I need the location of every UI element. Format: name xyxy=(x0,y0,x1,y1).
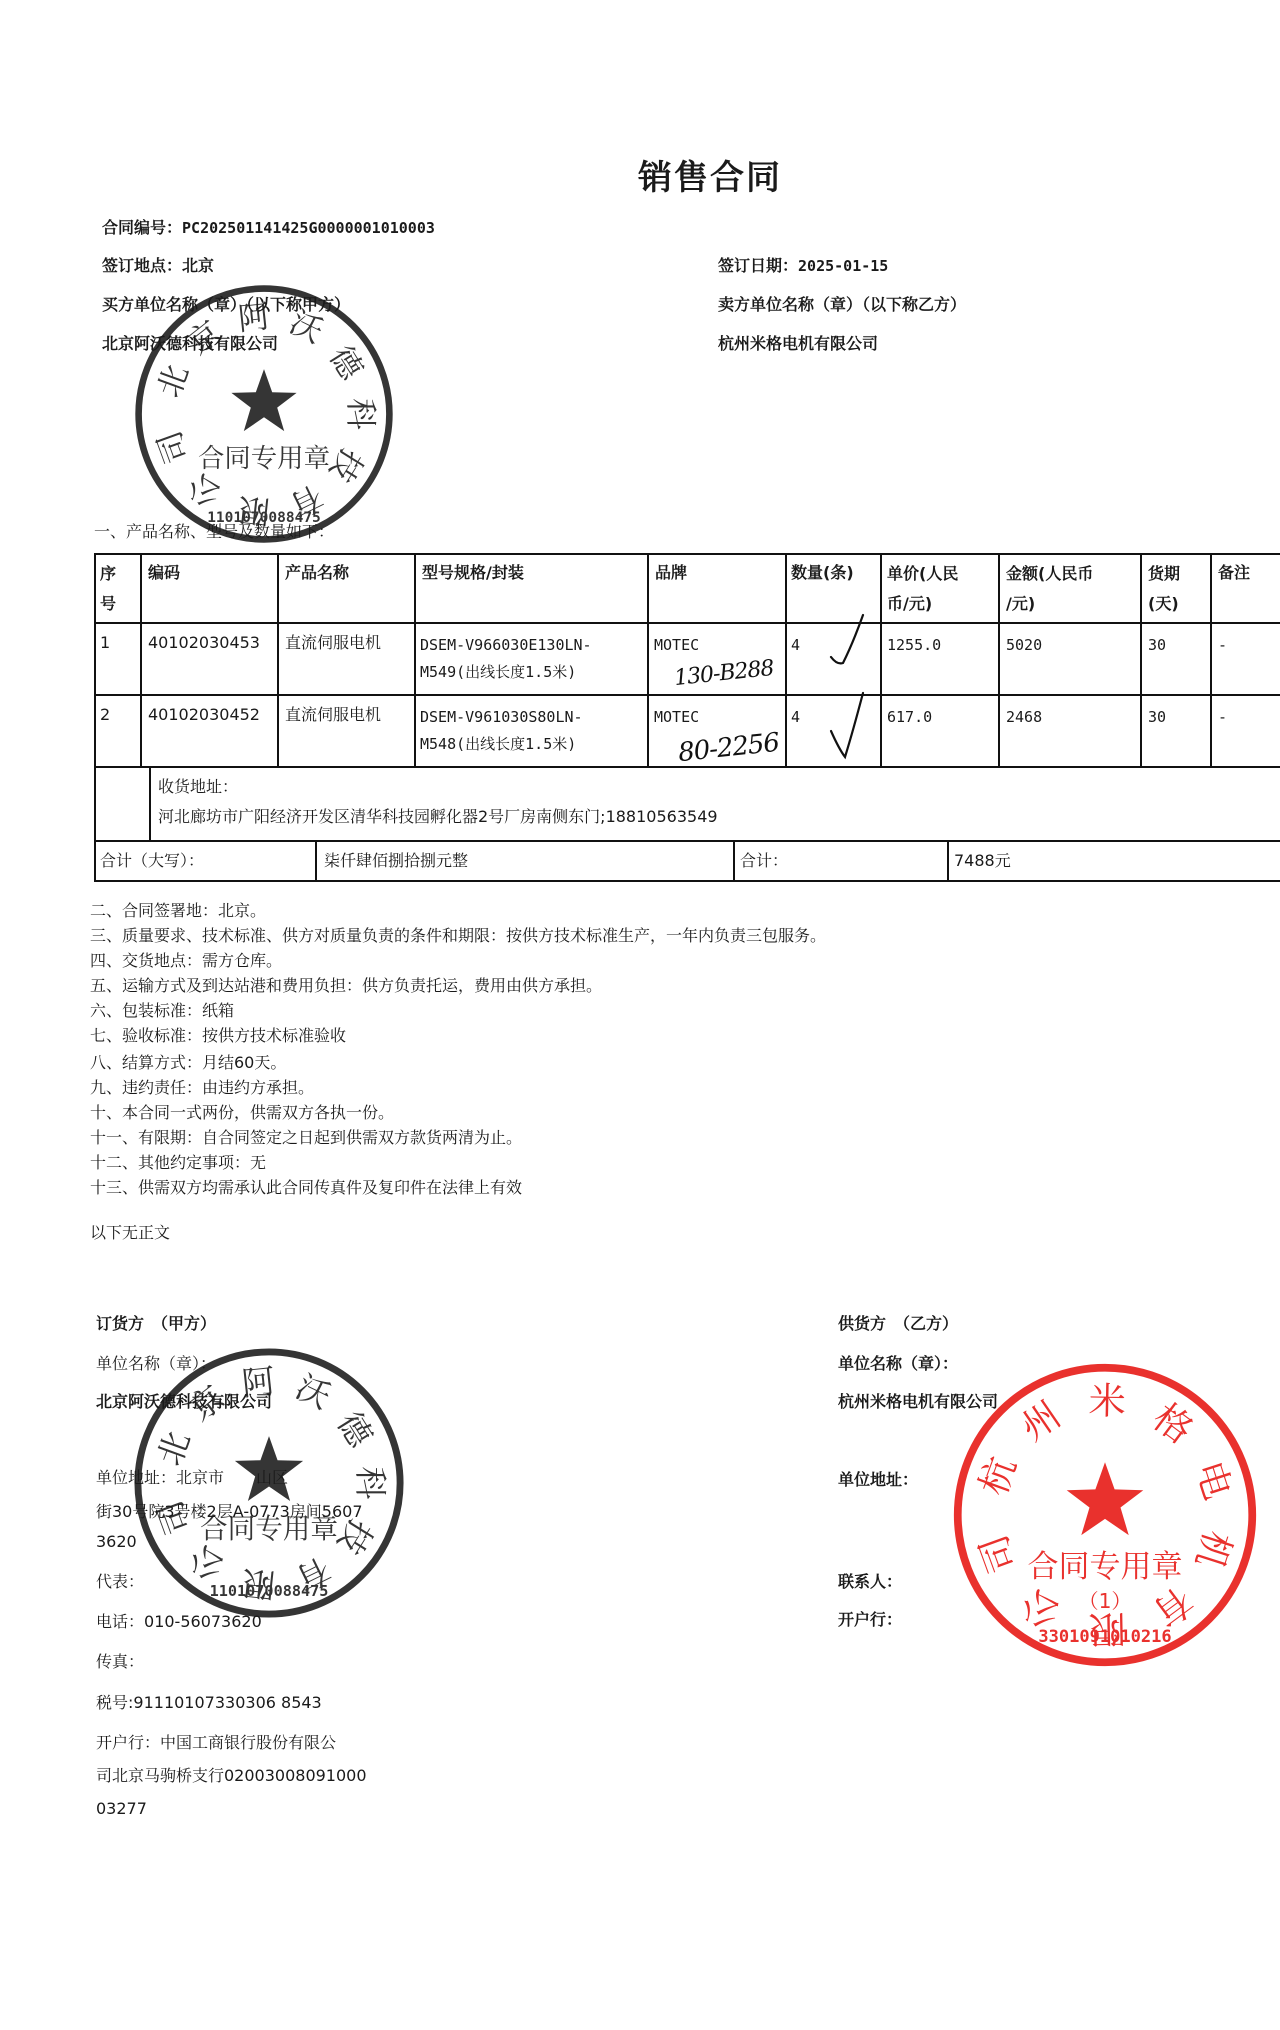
header-unit-price-line2: 币/元) xyxy=(887,589,958,619)
end-note: 以下无正文 xyxy=(90,1220,170,1245)
party-a-bank-line2: 司北京马驹桥支行02003008091000 xyxy=(96,1766,367,1786)
row-product-name: 直流伺服电机 xyxy=(285,629,381,657)
party-a-tax-label: 税号: xyxy=(96,1693,133,1712)
clause: 十、本合同一式两份，供需双方各执一份。 xyxy=(90,1100,394,1125)
seller-label: 卖方单位名称（章）（以下称乙方） xyxy=(718,295,966,315)
svg-text:（1）: （1） xyxy=(1078,1589,1131,1613)
row-no: 1 xyxy=(100,629,110,657)
header-amount: 金额(人民币 /元) xyxy=(1006,559,1093,619)
row-amount: 2468 xyxy=(1006,703,1042,731)
clause: 二、合同签署地：北京。 xyxy=(90,898,266,923)
row-code: 40102030453 xyxy=(148,629,260,657)
clause: 七、验收标准：按供方技术标准验收 xyxy=(90,1023,346,1048)
svg-text:科: 科 xyxy=(342,398,378,430)
row-unit-price: 617.0 xyxy=(887,703,932,731)
buyer-stamp-bottom: 北京阿沃德科技有限公司合同专用章1101070088475 xyxy=(131,1345,407,1621)
party-b-unit-label: 单位名称（章）： xyxy=(838,1354,958,1374)
document-title: 销售合同 xyxy=(638,150,782,199)
svg-text:阿: 阿 xyxy=(236,299,271,338)
svg-text:司: 司 xyxy=(151,426,196,468)
party-b-heading: 供货方 （乙方） xyxy=(838,1314,958,1334)
clause: 八、结算方式：月结60天。 xyxy=(90,1050,286,1075)
sign-date-label: 签订日期： xyxy=(718,256,798,275)
sign-place: 签订地点：北京 xyxy=(102,256,214,276)
header-product-name: 产品名称 xyxy=(285,559,349,587)
sign-place-label: 签订地点： xyxy=(102,256,182,275)
header-no: 序 号 xyxy=(100,559,116,619)
seller-stamp: 杭州米格电机有限公司合同专用章（1）3301091010216 xyxy=(950,1360,1260,1670)
total-words: 柒仟肆佰捌拾捌元整 xyxy=(324,847,468,875)
row-remark: - xyxy=(1218,703,1227,731)
total-label: 合计： xyxy=(740,847,788,875)
contract-number-value: PC202501141425G0000001010003 xyxy=(182,219,435,237)
seller-name: 杭州米格电机有限公司 xyxy=(718,334,878,354)
buyer-stamp-top: 北京阿沃德科技有限公司合同专用章1101070088475 xyxy=(132,282,396,546)
sign-date-value: 2025-01-15 xyxy=(798,257,888,275)
header-brand: 品牌 xyxy=(655,559,687,587)
row-remark: - xyxy=(1218,631,1227,659)
handwritten-note: 130-B288 xyxy=(673,656,775,691)
party-a-heading: 订货方 （甲方） xyxy=(96,1314,216,1334)
svg-text:北: 北 xyxy=(150,1426,198,1470)
svg-text:电: 电 xyxy=(1187,1456,1240,1505)
row-qty: 4 xyxy=(791,631,800,659)
sign-place-value: 北京 xyxy=(182,256,214,275)
row-no: 2 xyxy=(100,701,110,729)
header-code: 编码 xyxy=(148,559,180,587)
sign-date: 签订日期：2025-01-15 xyxy=(718,256,888,276)
svg-text:格: 格 xyxy=(1145,1395,1201,1453)
svg-text:德: 德 xyxy=(330,1405,381,1455)
header-no-line1: 序 xyxy=(100,559,116,589)
total-value: 7488元 xyxy=(954,847,1011,875)
clause: 四、交货地点：需方仓库。 xyxy=(90,948,282,973)
header-no-line2: 号 xyxy=(100,589,116,619)
party-b-address-label: 单位地址： xyxy=(838,1470,918,1490)
row-model-line1: DSEM-V966030E130LN- xyxy=(420,631,592,659)
total-words-label: 合计（大写）： xyxy=(100,847,204,875)
row-brand: MOTEC xyxy=(654,703,699,731)
header-lead-time: 货期 (天) xyxy=(1148,559,1180,619)
svg-text:州: 州 xyxy=(1013,1392,1069,1449)
party-b-bank-label: 开户行： xyxy=(838,1610,902,1630)
contract-number-label: 合同编号： xyxy=(102,218,182,237)
svg-text:1101070088475: 1101070088475 xyxy=(207,510,321,526)
row-model-line2: M548(出线长度1.5米) xyxy=(420,730,576,758)
header-amount-line1: 金额(人民币 xyxy=(1006,559,1093,589)
clause: 九、违约责任：由违约方承担。 xyxy=(90,1075,314,1100)
svg-text:合同专用章: 合同专用章 xyxy=(200,1512,338,1545)
checkmark-icon xyxy=(829,613,865,673)
clause: 十二、其他约定事项：无 xyxy=(90,1150,266,1175)
svg-text:沃: 沃 xyxy=(284,305,328,351)
svg-text:司: 司 xyxy=(150,1495,198,1539)
svg-text:司: 司 xyxy=(971,1529,1025,1579)
svg-text:阿: 阿 xyxy=(240,1361,277,1403)
header-qty: 数量(条) xyxy=(791,559,854,587)
svg-text:1101070088475: 1101070088475 xyxy=(210,1582,329,1600)
party-a-tax: 税号:91110107330306 8543 xyxy=(96,1693,322,1713)
row-lead-time: 30 xyxy=(1148,703,1166,731)
clause: 六、包装标准：纸箱 xyxy=(90,998,234,1023)
clause: 十三、供需双方均需承认此合同传真件及复印件在法律上有效 xyxy=(90,1175,522,1200)
row-code: 40102030452 xyxy=(148,701,260,729)
header-lead-time-line2: (天) xyxy=(1148,589,1180,619)
svg-text:科: 科 xyxy=(351,1466,390,1499)
contract-number: 合同编号：PC202501141425G0000001010003 xyxy=(102,218,435,238)
header-amount-line2: /元) xyxy=(1006,589,1093,619)
party-a-bank-label: 开户行： xyxy=(96,1733,160,1752)
row-qty: 4 xyxy=(791,703,800,731)
svg-text:京: 京 xyxy=(181,314,228,362)
header-model: 型号规格/封装 xyxy=(422,559,524,587)
svg-text:机: 机 xyxy=(1187,1525,1240,1574)
party-a-bank-line1: 中国工商银行股份有限公 xyxy=(160,1733,336,1752)
svg-text:合同专用章: 合同专用章 xyxy=(198,443,330,474)
row-model-line2: M549(出线长度1.5米) xyxy=(420,658,576,686)
party-b-contact-label: 联系人： xyxy=(838,1572,902,1592)
row-model-line1: DSEM-V961030S80LN- xyxy=(420,703,583,731)
handwritten-note: 80-2256 xyxy=(677,728,781,768)
clause: 五、运输方式及到达站港和费用负担：供方负责托运，费用由供方承担。 xyxy=(90,973,602,998)
row-unit-price: 1255.0 xyxy=(887,631,941,659)
delivery-address: 河北廊坊市广阳经济开发区清华科技园孵化器2号厂房南侧东门;18810563549 xyxy=(158,803,718,831)
delivery-address-label: 收货地址： xyxy=(158,773,238,801)
svg-text:合同专用章: 合同专用章 xyxy=(1028,1549,1183,1585)
party-a-bank: 开户行：中国工商银行股份有限公 xyxy=(96,1733,336,1753)
product-table: 序 号 编码 产品名称 型号规格/封装 品牌 数量(条) 单价(人民 币/元) … xyxy=(94,553,1280,882)
svg-text:德: 德 xyxy=(322,340,370,387)
svg-text:杭: 杭 xyxy=(971,1451,1025,1501)
svg-text:北: 北 xyxy=(151,360,196,402)
header-unit-price-line1: 单价(人民 xyxy=(887,559,958,589)
svg-text:沃: 沃 xyxy=(290,1367,337,1417)
checkmark-icon xyxy=(829,691,865,763)
row-lead-time: 30 xyxy=(1148,631,1166,659)
party-a-bank-line3: 03277 xyxy=(96,1799,147,1819)
header-lead-time-line1: 货期 xyxy=(1148,559,1180,589)
row-brand: MOTEC xyxy=(654,631,699,659)
svg-text:米: 米 xyxy=(1088,1379,1126,1424)
party-a-tax-value: 91110107330306 8543 xyxy=(133,1693,321,1712)
svg-text:京: 京 xyxy=(182,1378,232,1429)
party-a-fax-label: 传真： xyxy=(96,1652,144,1672)
svg-text:3301091010216: 3301091010216 xyxy=(1038,1627,1171,1647)
clause: 十一、有限期：自合同签定之日起到供需双方款货两清为止。 xyxy=(90,1125,522,1150)
header-unit-price: 单价(人民 币/元) xyxy=(887,559,958,619)
row-amount: 5020 xyxy=(1006,631,1042,659)
clause: 三、质量要求、技术标准、供方对质量负责的条件和期限：按供方技术标准生产，一年内负… xyxy=(90,923,826,948)
row-product-name: 直流伺服电机 xyxy=(285,701,381,729)
header-remark: 备注 xyxy=(1218,559,1250,587)
